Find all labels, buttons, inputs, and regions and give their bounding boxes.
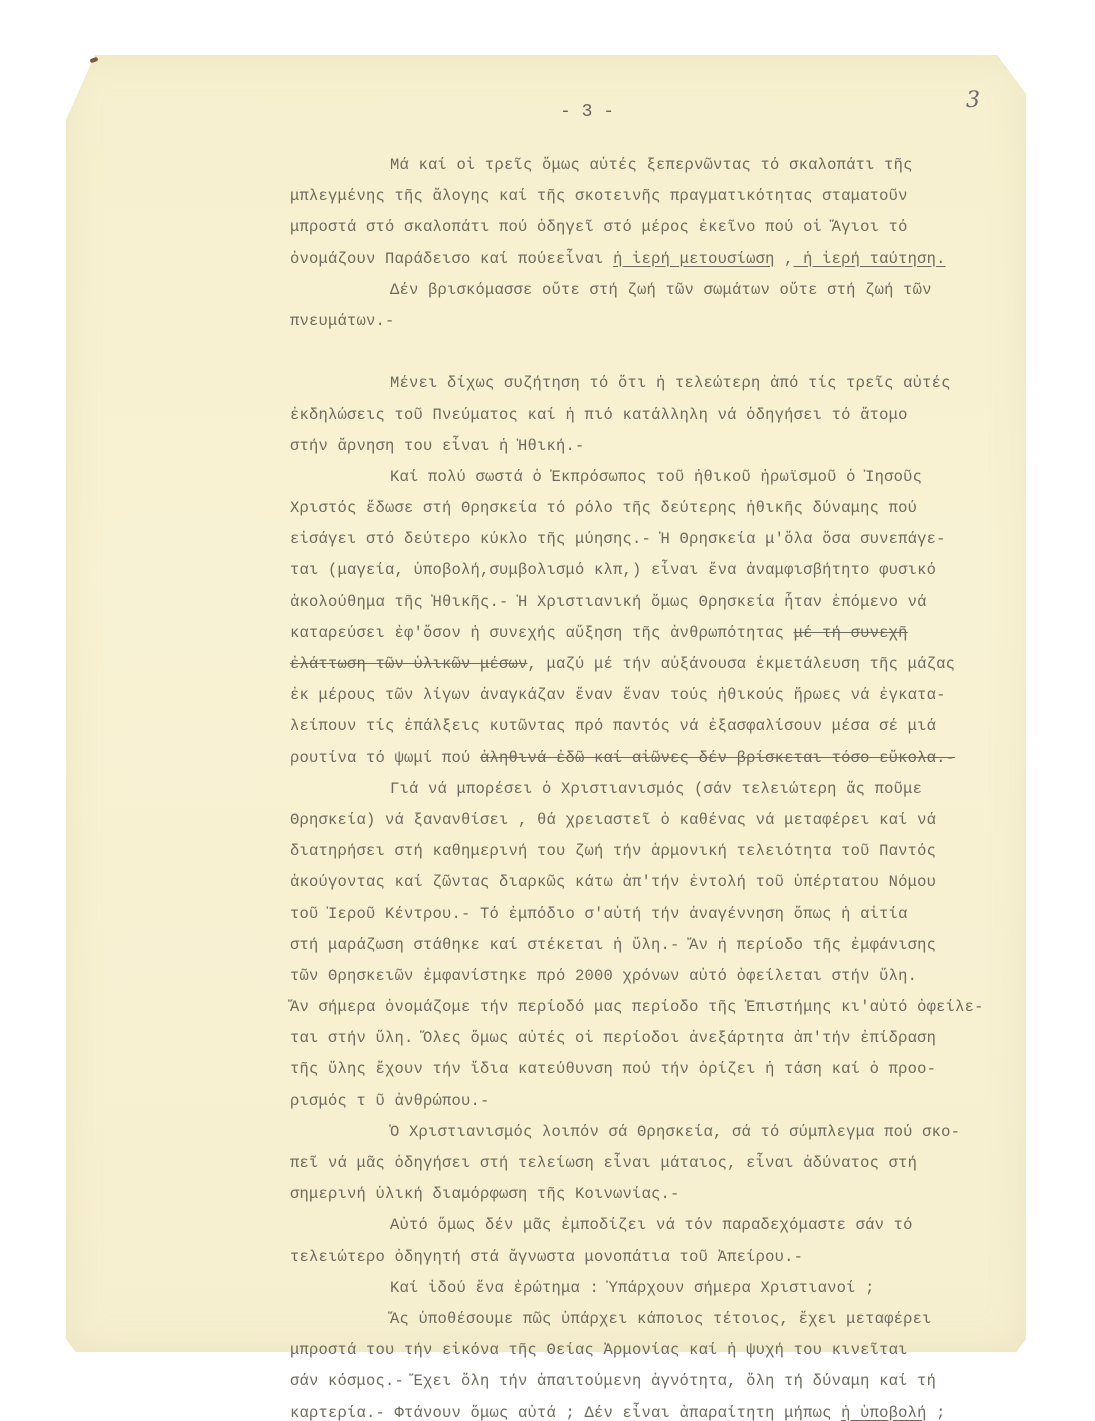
text-line: τῆς ὕλης ἔχουν τήν ἴδια κατεύθυνση πού τ… <box>290 1054 1030 1085</box>
text-line: στή μαράζωση στάθηκε καί στέκεται ἡ ὕλη.… <box>290 930 1030 961</box>
text-line: μπλεγμένης τῆς ἄλογης καί τῆς σκοτεινῆς … <box>290 181 1030 212</box>
text-line: ὀνομάζουν Παράδεισο καί πούεεἶναι ἡ ἱερή… <box>290 244 1030 275</box>
handwritten-page-number: 3 <box>966 88 980 113</box>
text-line: στήν ἄρνηση του εἶναι ἡ Ἠθική.- <box>290 431 1030 462</box>
underlined-text: ἡ ὑποβολή <box>841 1404 927 1421</box>
text-line: Γιά νά μπορέσει ὁ Χριστιανισμός (σάν τελ… <box>290 774 1030 805</box>
struck-text: ἀληθινά ἐδῶ καί αἰῶνες δέν βρίσκεται τόσ… <box>480 749 955 767</box>
struck-text: μέ τή συνεχῆ <box>794 624 908 642</box>
typed-page-number: - 3 - <box>560 102 614 122</box>
text-line: Δέν βρισκόμασσε οὔτε στή ζωή τῶν σωμάτων… <box>290 275 1030 306</box>
underlined-text: ἡ ἱερή ταύτηση. <box>794 250 946 268</box>
text-line: σημερινή ὑλική διαμόρφωση τῆς Κοινωνίας.… <box>290 1179 1030 1210</box>
text: ; <box>927 1404 946 1421</box>
text-line: καρτερία.- Φτάνουν ὅμως αὐτά ; Δέν εἶναι… <box>290 1398 1030 1421</box>
text-line: ἐλάττωση τῶν ὑλικῶν μέσων, μαζύ μέ τήν α… <box>290 649 1030 680</box>
text-line: Αὐτό ὅμως δέν μᾶς ἐμποδίζει νά τόν παραδ… <box>290 1210 1030 1241</box>
text-line: μπροστά στό σκαλοπάτι πού ὁδηγεῖ στό μέρ… <box>290 212 1030 243</box>
underlined-text: ἡ ἱερή μετουσίωση <box>613 250 775 268</box>
text-line: λείπουν τίς ἐπάλξεις κυτῶντας πρό παντός… <box>290 711 1030 742</box>
paragraph-gap <box>290 337 1030 368</box>
text-line: ρισμός τ ῦ ἀνθρώπου.- <box>290 1086 1030 1117</box>
text-line: ἐκ μέρους τῶν λίγων ἀναγκάζαν ἕναν ἕναν … <box>290 680 1030 711</box>
text-line: μπροστά του τήν εἰκόνα τῆς Θείας Ἁρμονία… <box>290 1335 1030 1366</box>
text-line: σάν κόσμος.- Ἔχει ὅλη τήν ἀπαιτούμενη ἁγ… <box>290 1366 1030 1397</box>
struck-text: ἐλάττωση τῶν ὑλικῶν μέσων <box>290 655 528 673</box>
text: καρτερία.- Φτάνουν ὅμως αὐτά ; Δέν εἶναι… <box>290 1404 841 1421</box>
text: καταρεύσει ἐφ'ὅσον ἡ συνεχής αὔξηση τῆς … <box>290 624 794 642</box>
text-line: Μένει δίχως συζήτηση τό ὅτι ἡ τελεώτερη … <box>290 368 1030 399</box>
text-line: Καί πολύ σωστά ὁ Ἐκπρόσωπος τοῦ ἠθικοῦ ἡ… <box>290 462 1030 493</box>
text-line: ἐκδηλώσεις τοῦ Πνεύματος καί ἡ πιό κατάλ… <box>290 400 1030 431</box>
text-line: διατηρήσει στή καθημερινή του ζωή τήν ἁρ… <box>290 836 1030 867</box>
text-line: τελειώτερο ὁδηγητή στά ἄγνωστα μονοπάτια… <box>290 1242 1030 1273</box>
document-body: Μά καί οἱ τρεῖς ὅμως αὐτές ξεπερνῶντας τ… <box>290 150 1030 1421</box>
text: ρουτίνα τό ψωμί πού <box>290 749 480 767</box>
text-line: τῶν Θρησκειῶν ἐμφανίστηκε πρό 2000 χρόνω… <box>290 961 1030 992</box>
text-line: ἀκολούθημα τῆς Ἠθικῆς.- Ἡ Χριστιανική ὅμ… <box>290 587 1030 618</box>
text-line: Μά καί οἱ τρεῖς ὅμως αὐτές ξεπερνῶντας τ… <box>290 150 1030 181</box>
text-line: Καί ἰδού ἕνα ἐρώτημα : Ὑπάρχουν σήμερα Χ… <box>290 1273 1030 1304</box>
text: , μαζύ μέ τήν αὐξάνουσα ἐκμετάλευση τῆς … <box>528 655 956 673</box>
text-line: Ἄς ὑποθέσουμε πῶς ὑπάρχει κάποιος τέτοιο… <box>290 1304 1030 1335</box>
text: , <box>775 250 794 268</box>
text-line: Θρησκεία) νά ξανανθίσει , θά χρειαστεῖ ὁ… <box>290 805 1030 836</box>
text-line: εἰσάγει στό δεύτερο κύκλο τῆς μύησης.- Ἡ… <box>290 524 1030 555</box>
text-line: Χριστός ἔδωσε στή Θρησκεία τό ρόλο τῆς δ… <box>290 493 1030 524</box>
text-line: τοῦ Ἱεροῦ Κέντρου.- Τό ἐμπόδιο σ'αὐτή τή… <box>290 899 1030 930</box>
text-line: ται (μαγεία, ὑποβολή,συμβολισμό κλπ,) εἶ… <box>290 555 1030 586</box>
text-line: ἀκούγοντας καί ζῶντας διαρκῶς κάτω ἀπ'τή… <box>290 867 1030 898</box>
text-line: ται στήν ὕλη. Ὅλες ὅμως αὐτές οἱ περίοδο… <box>290 1023 1030 1054</box>
text-line: Ἄν σήμερα ὀνομάζομε τήν περίοδό μας περί… <box>290 992 1030 1023</box>
text-line: πνευμάτων.- <box>290 306 1030 337</box>
text-line: Ὁ Χριστιανισμός λοιπόν σά Θρησκεία, σά τ… <box>290 1117 1030 1148</box>
text-line: πεῖ νά μᾶς ὁδηγήσει στή τελείωση εἶναι μ… <box>290 1148 1030 1179</box>
text-line: ρουτίνα τό ψωμί πού ἀληθινά ἐδῶ καί αἰῶν… <box>290 743 1030 774</box>
text-line: καταρεύσει ἐφ'ὅσον ἡ συνεχής αὔξηση τῆς … <box>290 618 1030 649</box>
text: ὀνομάζουν Παράδεισο καί πούεεἶναι <box>290 250 613 268</box>
